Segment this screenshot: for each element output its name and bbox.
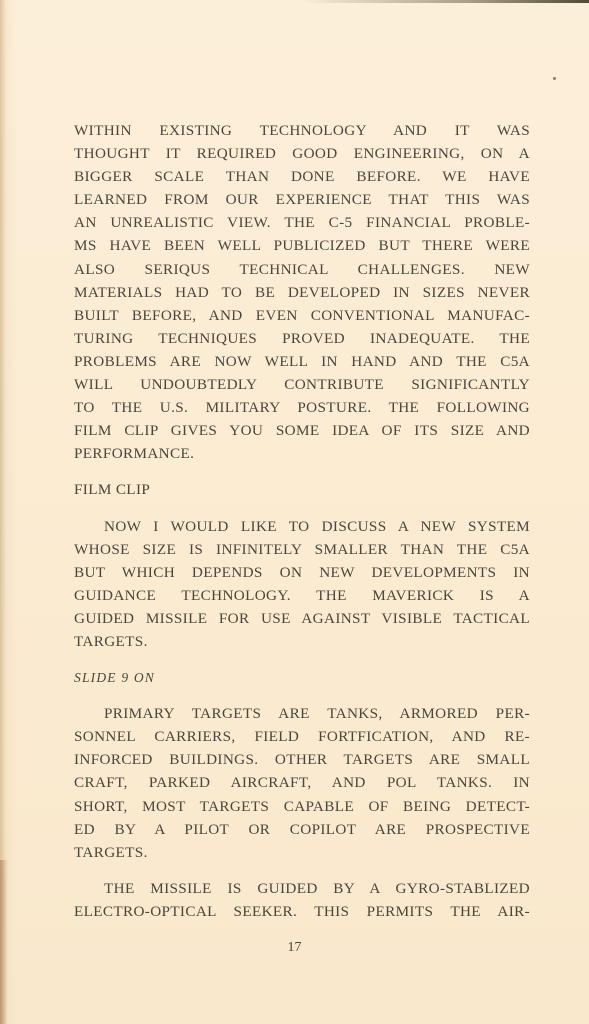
page-number: 17 [0,940,589,956]
text-line: NOW I WOULD LIKE TO DISCUSS A NEW SYSTEM [74,515,530,538]
text-line: BIGGER SCALE THAN DONE BEFORE. WE HAVE [74,165,530,188]
text-line: TARGETS. [74,841,530,864]
paragraph-gap [74,502,530,515]
text-line: SONNEL CARRIERS, FIELD FORTFICATION, AND… [74,725,530,748]
text-line: BUILT BEFORE, AND EVEN CONVENTIONAL MANU… [74,304,530,327]
text-line: GUIDANCE TECHNOLOGY. THE MAVERICK IS A [74,584,530,607]
text-line: GUIDED MISSILE FOR USE AGAINST VISIBLE T… [74,607,530,630]
page-text-body: WITHIN EXISTING TECHNOLOGY AND IT WASTHO… [74,119,530,923]
body-paragraph: WITHIN EXISTING TECHNOLOGY AND IT WASTHO… [74,119,530,465]
text-line: SHORT, MOST TARGETS CAPABLE OF BEING DET… [74,795,530,818]
body-paragraph: PRIMARY TARGETS ARE TANKS, ARMORED PER-S… [74,702,530,864]
text-line: INFORCED BUILDINGS. OTHER TARGETS ARE SM… [74,748,530,771]
page-top-edge-shadow [300,0,589,3]
slide-cue-heading: SLIDE 9 ON [74,666,530,689]
text-line: THOUGHT IT REQUIRED GOOD ENGINEERING, ON… [74,142,530,165]
text-line: AN UNREALISTIC VIEW. THE C-5 FINANCIAL P… [74,211,530,234]
paragraph-gap [74,864,530,877]
text-line: THE MISSILE IS GUIDED BY A GYRO-STABLIZE… [74,877,530,900]
paper-speck [553,77,556,80]
text-line: ELECTRO-OPTICAL SEEKER. THIS PERMITS THE… [74,900,530,923]
film-clip-heading: FILM CLIP [74,478,530,501]
text-line: TO THE U.S. MILITARY POSTURE. THE FOLLOW… [74,396,530,419]
paragraph-gap [74,653,530,666]
text-line: MS HAVE BEEN WELL PUBLICIZED BUT THERE W… [74,234,530,257]
text-line: ALSO SERIQUS TECHNICAL CHALLENGES. NEW [74,258,530,281]
text-line: PERFORMANCE. [74,442,530,465]
text-line: TURING TECHNIQUES PROVED INADEQUATE. THE [74,327,530,350]
text-line: PROBLEMS ARE NOW WELL IN HAND AND THE C5… [74,350,530,373]
paragraph-gap [74,689,530,702]
text-line: WILL UNDOUBTEDLY CONTRIBUTE SIGNIFICANTL… [74,373,530,396]
text-line: WHOSE SIZE IS INFINITELY SMALLER THAN TH… [74,538,530,561]
text-line: WITHIN EXISTING TECHNOLOGY AND IT WAS [74,119,530,142]
text-line: FILM CLIP GIVES YOU SOME IDEA OF ITS SIZ… [74,419,530,442]
text-line: CRAFT, PARKED AIRCRAFT, AND POL TANKS. I… [74,771,530,794]
book-page: WITHIN EXISTING TECHNOLOGY AND IT WASTHO… [0,0,589,1024]
text-line: PRIMARY TARGETS ARE TANKS, ARMORED PER- [74,702,530,725]
body-paragraph: THE MISSILE IS GUIDED BY A GYRO-STABLIZE… [74,877,530,923]
text-line: MATERIALS HAD TO BE DEVELOPED IN SIZES N… [74,281,530,304]
text-line: BUT WHICH DEPENDS ON NEW DEVELOPMENTS IN [74,561,530,584]
paragraph-gap [74,465,530,478]
text-line: TARGETS. [74,630,530,653]
body-paragraph: NOW I WOULD LIKE TO DISCUSS A NEW SYSTEM… [74,515,530,654]
text-line: LEARNED FROM OUR EXPERIENCE THAT THIS WA… [74,188,530,211]
text-line: ED BY A PILOT OR COPILOT ARE PROSPECTIVE [74,818,530,841]
